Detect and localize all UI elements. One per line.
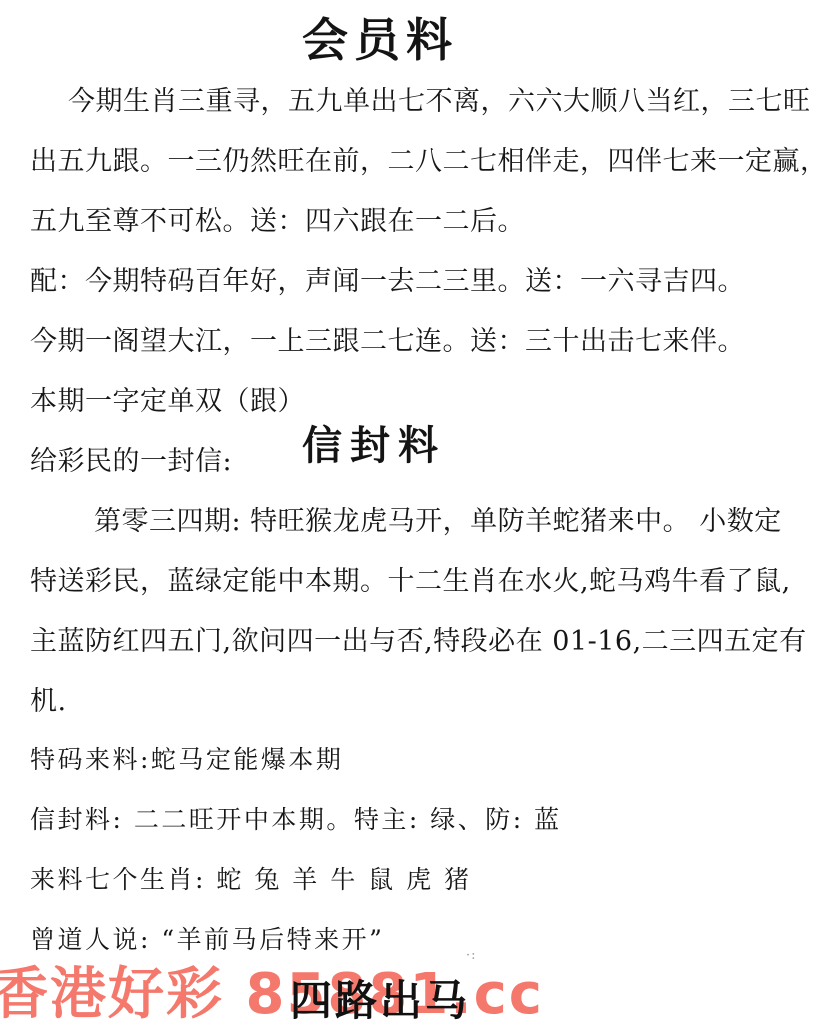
text-line-content: 信封料: 二二旺开中本期。特主: 绿、防: 蓝 xyxy=(30,800,562,836)
envelope-section-title: 信封料 xyxy=(302,414,446,471)
text-line: 特送彩民，蓝绿定能中本期。十二生肖在水火,蛇马鸡牛看了鼠, xyxy=(30,548,809,608)
document-page: 会员料 今期生肖三重寻，五九单出七不离，六六大顺八当红，三七旺 出五九跟。一三仍… xyxy=(0,0,819,1024)
text-line: 配：今期特码百年好，声闻一去二三里。送：一六寻吉四。 xyxy=(30,248,809,308)
text-line: 今期生肖三重寻，五九单出七不离，六六大顺八当红，三七旺 xyxy=(30,68,809,128)
text-line-content: 来料七个生肖: 蛇 兔 羊 牛 鼠 虎 猪 xyxy=(30,860,472,896)
text-line-content: 本期一字定单双（跟） xyxy=(30,379,305,418)
text-line-content: 配：今期特码百年好，声闻一去二三里。送：一六寻吉四。 xyxy=(30,259,745,298)
text-line-content: 五九至尊不可松。送：四六跟在一二后。 xyxy=(30,199,525,238)
text-line-content: 出五九跟。一三仍然旺在前，二八二七相伴走，四伴七来一定赢， xyxy=(30,139,819,178)
text-line: 主蓝防红四五门,欲问四一出与否,特段必在 01-16,二三四五定有 xyxy=(30,608,809,668)
text-line-content: 第零三四期: 特旺猴龙虎马开，单防羊蛇猪来中。 小数定 xyxy=(94,499,782,538)
text-line: 五九至尊不可松。送：四六跟在一二后。 xyxy=(30,188,809,248)
text-line-content: 今期生肖三重寻，五九单出七不离，六六大顺八当红，三七旺 xyxy=(68,79,811,118)
text-line-content: 特码来料:蛇马定能爆本期 xyxy=(30,740,343,776)
text-line: 机. xyxy=(30,668,809,728)
text-line: 今期一阁望大江，一上三跟二七连。送：三十出击七来伴。 xyxy=(30,308,809,368)
text-line: 特码来料:蛇马定能爆本期 xyxy=(30,728,809,788)
document-body: 今期生肖三重寻，五九单出七不离，六六大顺八当红，三七旺 出五九跟。一三仍然旺在前… xyxy=(30,68,809,968)
text-line: 信封料: 二二旺开中本期。特主: 绿、防: 蓝 xyxy=(30,788,809,848)
page-footer: ·: 香港好彩 85881.cc 四路出马 xyxy=(0,948,819,1024)
text-line: 来料七个生肖: 蛇 兔 羊 牛 鼠 虎 猪 xyxy=(30,848,809,908)
text-line-content: 主蓝防红四五门,欲问四一出与否,特段必在 01-16,二三四五定有 xyxy=(30,619,807,658)
text-line-content: 机. xyxy=(30,679,67,718)
text-line-content: 给彩民的一封信: xyxy=(30,439,232,478)
text-line-content: 特送彩民，蓝绿定能中本期。十二生肖在水火,蛇马鸡牛看了鼠, xyxy=(30,559,791,598)
envelope-intro-line: 给彩民的一封信: 信封料 xyxy=(30,428,809,488)
text-line: 第零三四期: 特旺猴龙虎马开，单防羊蛇猪来中。 小数定 xyxy=(30,488,809,548)
text-line: 出五九跟。一三仍然旺在前，二八二七相伴走，四伴七来一定赢， xyxy=(30,128,809,188)
text-line-content: 今期一阁望大江，一上三跟二七连。送：三十出击七来伴。 xyxy=(30,319,745,358)
bottom-section-title: 四路出马 xyxy=(290,968,470,1024)
member-section-title: 会员料 xyxy=(0,0,760,68)
